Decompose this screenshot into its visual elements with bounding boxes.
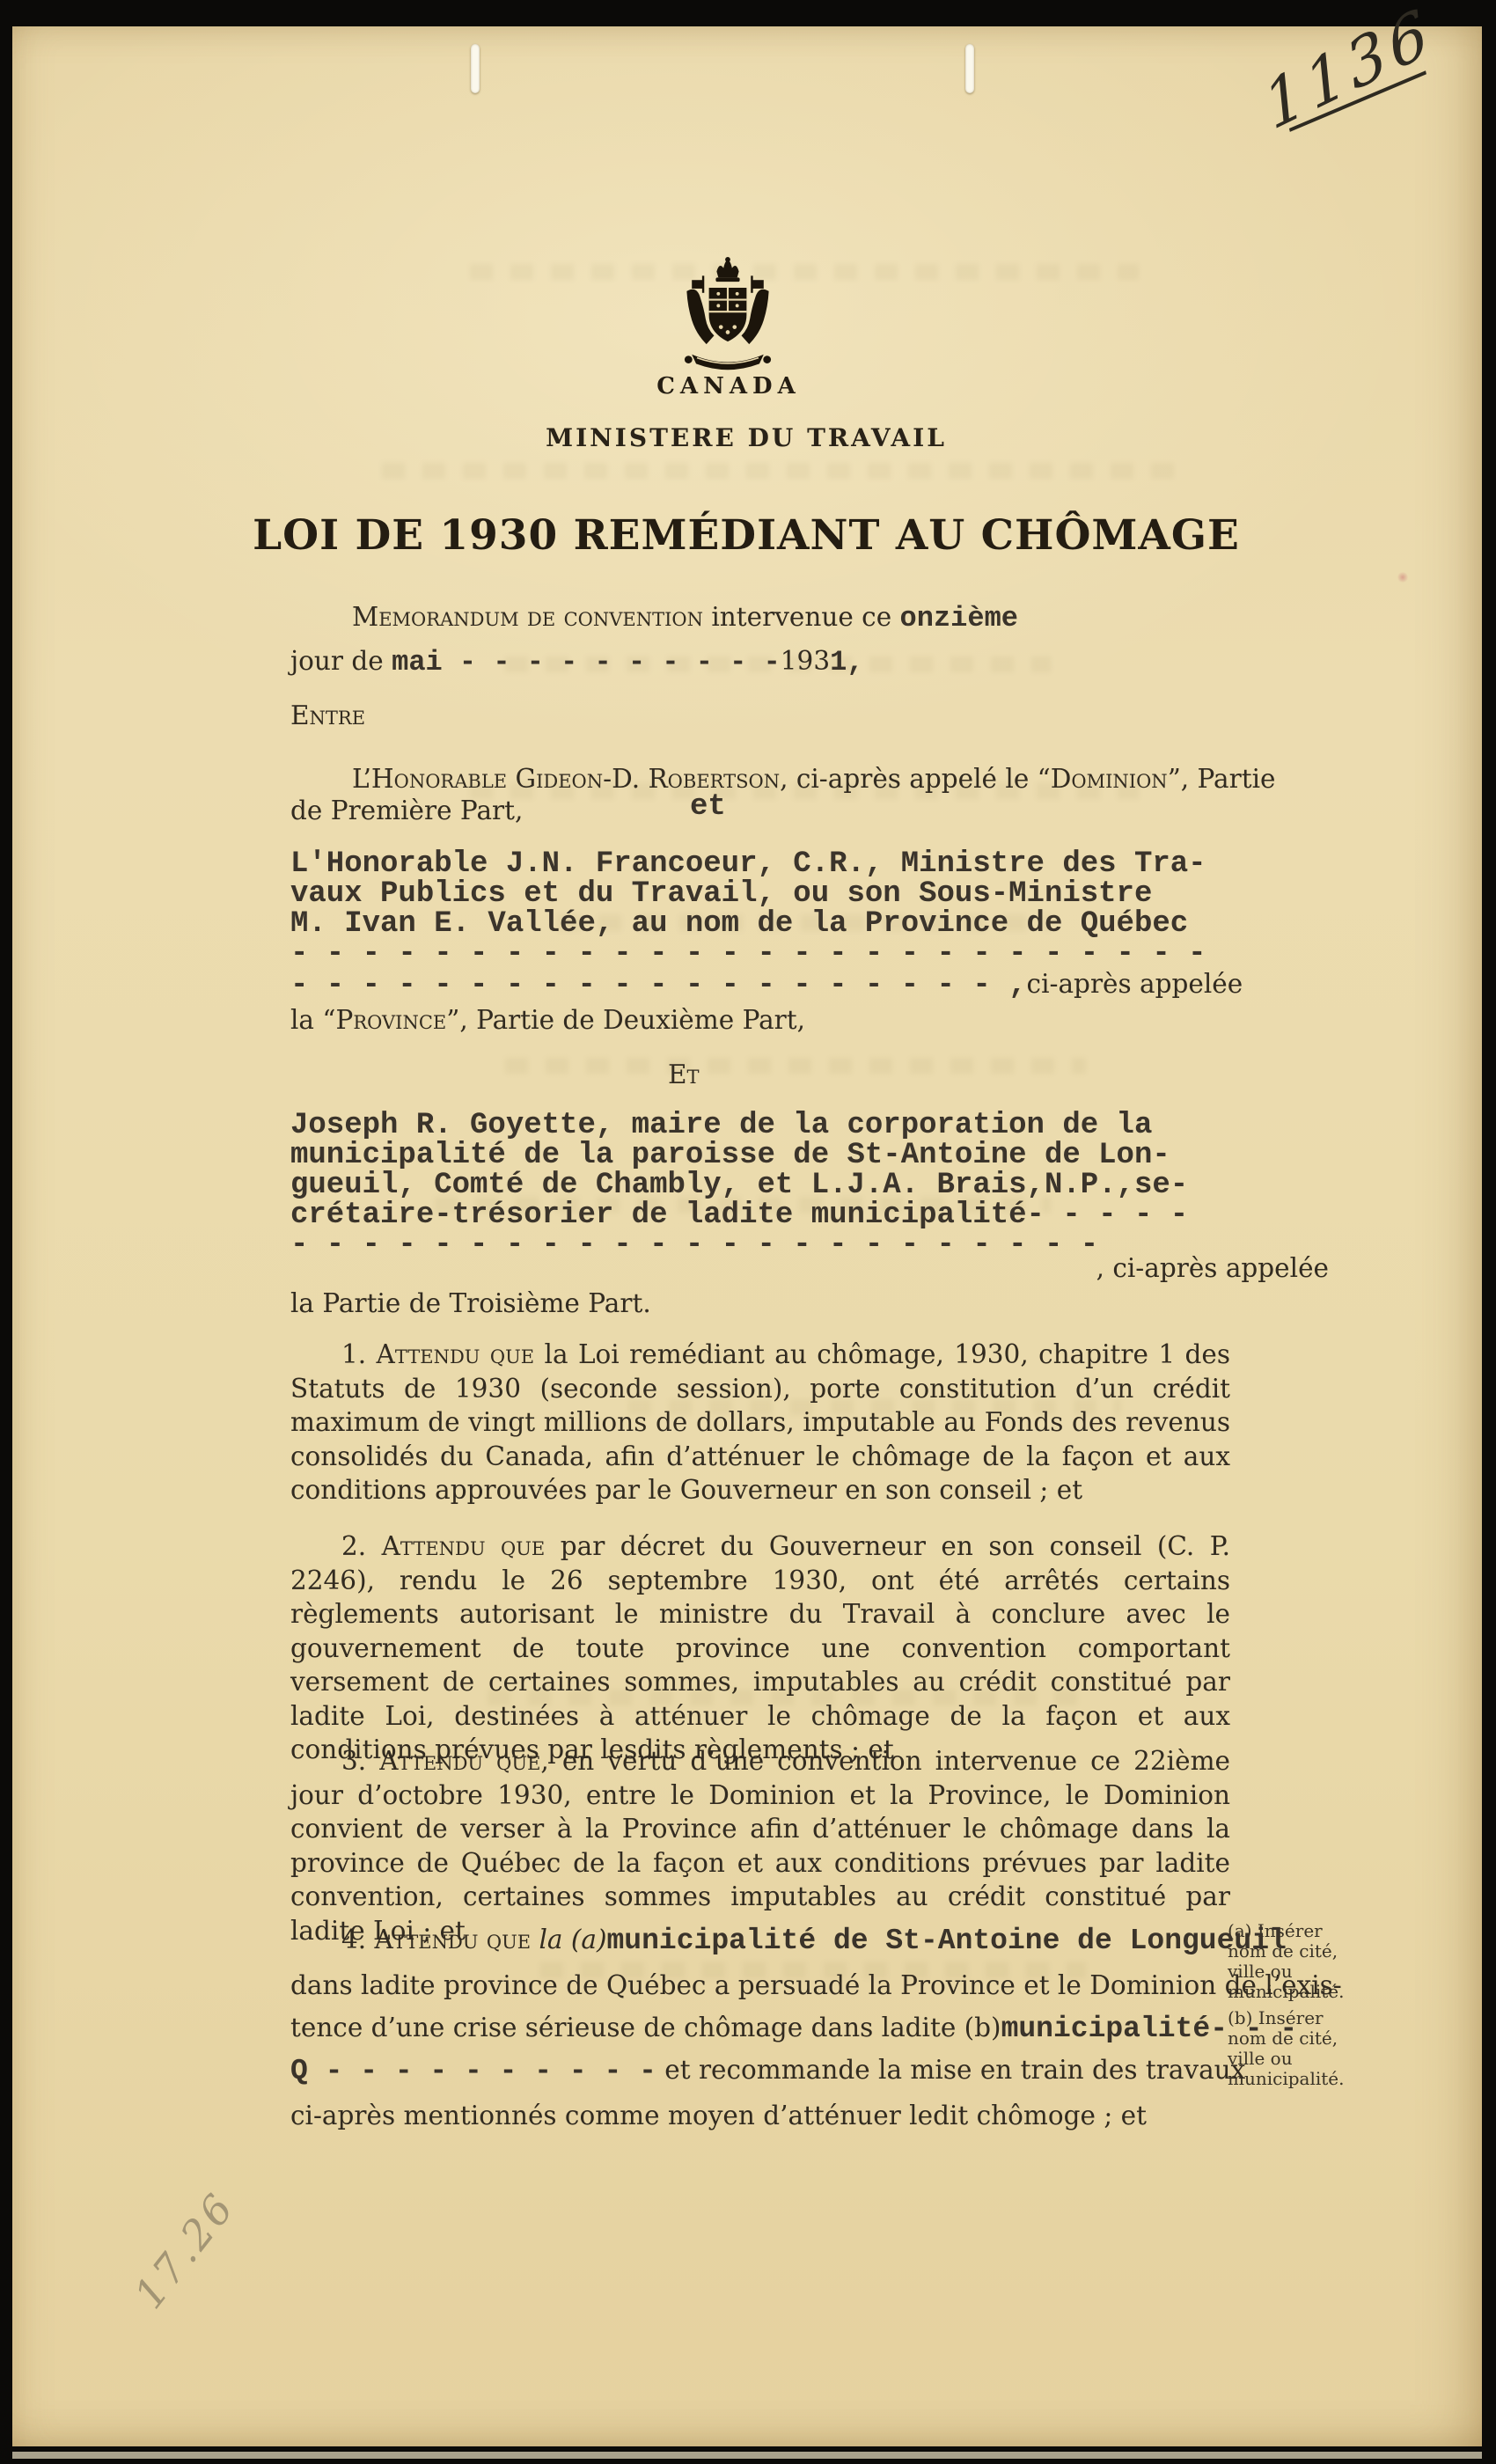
recital-number: 3. [341, 1746, 379, 1776]
document-page: 1136 [12, 26, 1482, 2446]
party3-typed-block: Joseph R. Goyette, maire de la corporati… [290, 1111, 1382, 1260]
margin-note-line: ville ou [1228, 2049, 1404, 2069]
party3-closing: la Partie de Troisième Part. [290, 1287, 1232, 1320]
binding-slot-left [471, 44, 480, 93]
memo-rest: intervenue ce [703, 602, 900, 632]
closing-post: ”, Partie de Deuxième Part, [446, 1005, 805, 1035]
typed-dashes: - - - - - - - - - - - - - - - - - - - - … [290, 939, 1382, 969]
typed-dashes-with-suffix: - - - - - - - - - - - - - - - - - - - - … [290, 969, 1382, 1001]
typed-month: mai - - - - - - - - - - [392, 646, 781, 678]
closing-pre: la “ [290, 1005, 335, 1035]
recital-4-line-1: 4. Attendu que la (a)municipalité de St-… [290, 1923, 1232, 1958]
margin-note-line: municipalité. [1228, 2069, 1404, 2089]
jour-de-label: jour de [290, 646, 392, 676]
line-3-printed: tence d’une crise sérieuse de chômage da… [290, 2013, 1001, 2042]
typed-dashes: Q - - - - - - - - - - [290, 2055, 656, 2087]
typed-line: vaux Publics et du Travail, ou son Sous-… [290, 879, 1382, 909]
ministry-heading: MINISTERE DU TRAVAIL [306, 423, 1186, 452]
typed-dashes: - - - - - - - - - - - - - - - - - - - - … [290, 1230, 1382, 1260]
handwritten-file-number: 1136 [1251, 0, 1446, 145]
party2-typed-block: L'Honorable J.N. Francoeur, C.R., Minist… [290, 849, 1382, 1001]
typed-line: M. Ivan E. Vallée, au nom de la Province… [290, 909, 1382, 939]
et-separator: Et [668, 1058, 774, 1091]
attendu-que-sc: Attendu que [377, 1339, 535, 1369]
canada-coat-of-arms-icon [676, 257, 780, 377]
recital-4-line-5: ci-après mentionnés comme moyen d’atténu… [290, 2099, 1232, 2132]
robertson-name-sc: Gideon-D. Robertson [516, 764, 781, 794]
recital-1: 1. Attendu que la Loi remédiant au chôma… [290, 1338, 1230, 1507]
scan-edge [12, 2452, 1482, 2459]
party1-line-1: L’Honorable Gideon-D. Robertson, ci-aprè… [290, 762, 1232, 796]
recital-number: 2. [341, 1531, 382, 1561]
line-4-printed: et recommande la mise en train des trava… [656, 2055, 1245, 2085]
typed-line: L'Honorable J.N. Francoeur, C.R., Minist… [290, 849, 1382, 879]
recital-number: 4. [341, 1925, 375, 1954]
document-title: LOI DE 1930 REMÉDIANT AU CHÔMAGE [218, 511, 1274, 560]
typed-line: Joseph R. Goyette, maire de la corporati… [290, 1111, 1382, 1140]
file-number-text: 1136 [1256, 0, 1441, 144]
attendu-que-sc: Attendu que [375, 1925, 532, 1954]
clause-a-ref: la (a) [531, 1925, 606, 1954]
ci-apres-appelee: ci-après appelée [1027, 969, 1243, 999]
ink-spot [1397, 572, 1408, 583]
typed-day-word: onzième [900, 602, 1018, 634]
crest-country-label: CANADA [597, 373, 861, 400]
typed-line: crétaire-trésorier de ladite municipalit… [290, 1200, 1382, 1230]
recital-text: par décret du Gouverneur en son conseil … [290, 1531, 1230, 1764]
bleed-through [470, 264, 1139, 280]
attendu-que-sc: Attendu que [382, 1531, 546, 1561]
recital-4-line-3: tence d’une crise sérieuse de chômage da… [290, 2011, 1232, 2046]
attendu-que-sc: Attendu que [379, 1746, 540, 1776]
entre-heading: Entre [290, 699, 1232, 732]
recital-4-line-4: Q - - - - - - - - - - et recommande la m… [290, 2053, 1232, 2088]
typed-dashes: - - - - - - - - - - - - - - - - - - - - … [290, 969, 1027, 1002]
typed-line: gueuil, Comté de Chambly, et L.J.A. Brai… [290, 1170, 1382, 1200]
recital-number: 1. [341, 1339, 377, 1369]
recital-2: 2. Attendu que par décret du Gouverneur … [290, 1529, 1230, 1767]
recital-3: 3. Attendu que, en vertu d’une conventio… [290, 1744, 1230, 1947]
typed-line: municipalité de la paroisse de St-Antoin… [290, 1140, 1382, 1170]
binding-slot-right [965, 44, 974, 93]
party1-end: ”, Partie [1168, 764, 1276, 794]
bleed-through [505, 1058, 1086, 1074]
dominion-sc: Dominion [1051, 764, 1168, 794]
honorable-sc: L’Honorable [352, 764, 507, 794]
typed-municipality-word: municipalité- - - [1001, 2013, 1298, 2045]
typed-et-conjunction: et [690, 792, 796, 822]
year-printed: 193 [781, 646, 830, 676]
typed-year-digit: 1, [830, 646, 863, 678]
memo-line-1: Memorandum de convention intervenue ce o… [290, 600, 1232, 635]
typed-municipality-name: municipalité de St-Antoine de Longueuil [607, 1925, 1287, 1957]
scanned-document: { "annotations": { "file_number": "1136"… [0, 0, 1496, 2464]
memo-smallcaps: Memorandum de convention [352, 602, 703, 632]
party1-mid: , ci-après appelé le “ [780, 764, 1051, 794]
party2-closing: la “Province”, Partie de Deuxième Part, [290, 1003, 1232, 1037]
province-sc: Province [335, 1005, 446, 1035]
pencil-annotation: 17.26 [125, 2183, 245, 2318]
recital-4-line-2: dans ladite province de Québec a persuad… [290, 1969, 1232, 2002]
memo-line-2: jour de mai - - - - - - - - - -1931, [290, 644, 1232, 679]
bleed-through [382, 463, 1174, 479]
